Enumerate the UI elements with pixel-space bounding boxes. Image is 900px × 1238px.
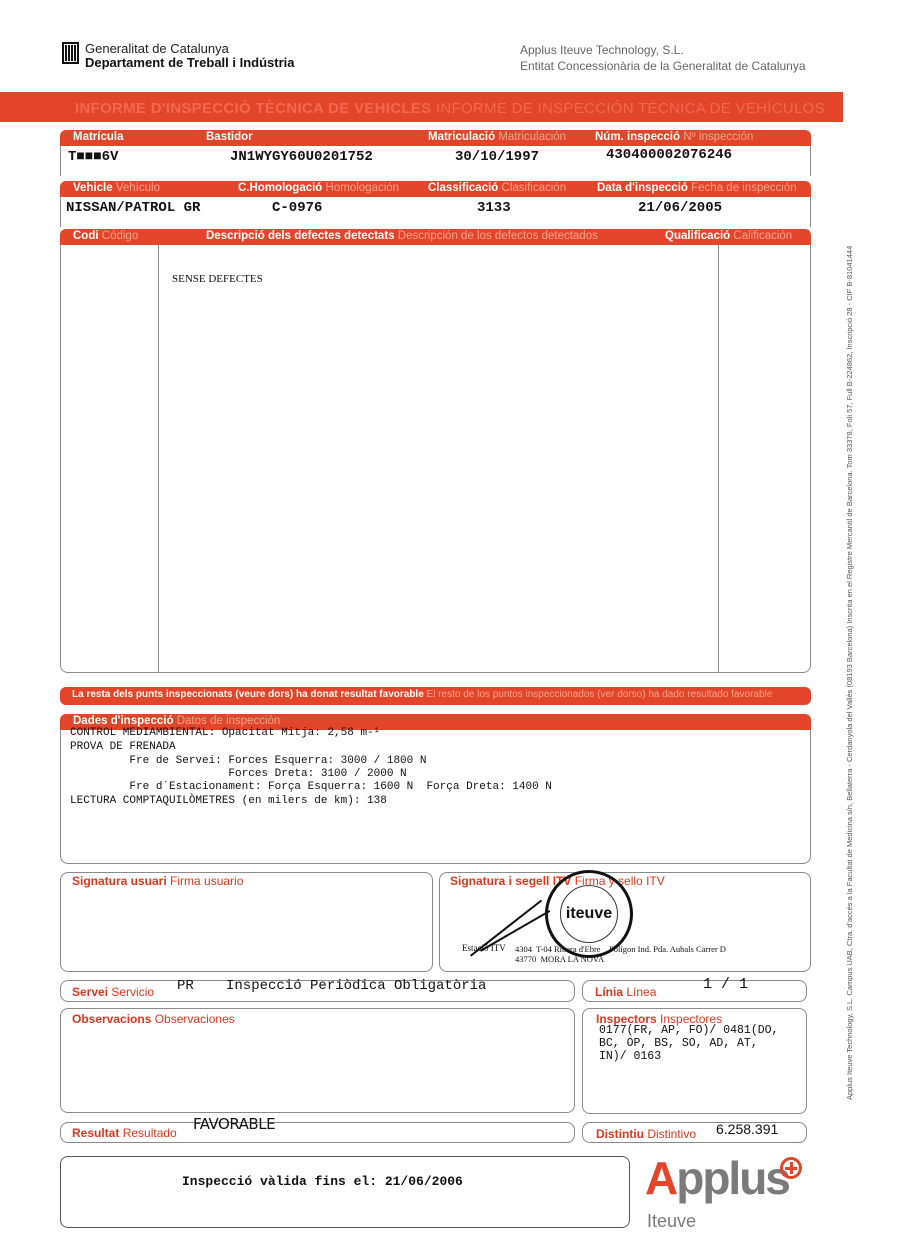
matriculacio-value: 30/10/1997 <box>455 149 539 165</box>
side-legal-text: Applus Iteuve Technology, S.L. Campus UA… <box>845 120 854 1100</box>
classificacio-value: 3133 <box>477 200 511 216</box>
distintiu-value: 6.258.391 <box>716 1121 778 1137</box>
linia-label: Línia Línea <box>595 985 656 999</box>
servei-code: PR <box>177 978 194 994</box>
matriculacio-label: Matriculació Matriculación <box>428 131 566 143</box>
validity-box <box>60 1156 630 1228</box>
stamp-logo: iteuve <box>560 885 618 943</box>
data-line: Fre de Servei: Forces Esquerra: 3000 / 1… <box>70 755 426 767</box>
data-line: LECTURA COMPTAQUILÒMETRES (en milers de … <box>70 795 387 807</box>
station-label: Estació ITV <box>462 943 506 953</box>
linia-value: 1 / 1 <box>703 976 748 993</box>
validity-text: Inspecció vàlida fins el: 21/06/2006 <box>182 1174 463 1189</box>
servei-value: Inspecció Periòdica Obligatòria <box>226 978 486 994</box>
data-line: CONTROL MEDIAMBIENTAL: Opacitat Mitja: 2… <box>70 727 380 739</box>
bastidor-label: Bastidor <box>206 131 253 143</box>
user-signature-label: Signatura usuari Firma usuario <box>72 874 243 888</box>
inspection-data-label: Dades d'inspecció Datos de inspección <box>73 715 280 727</box>
servei-label: Servei Servicio <box>72 985 154 999</box>
data-line: Forces Dreta: 3100 / 2000 N <box>70 768 407 780</box>
company-subtitle: Entitat Concessionària de la Generalitat… <box>520 59 806 73</box>
num-inspeccio-value: 430400002076246 <box>606 147 732 163</box>
resultat-value: FAVORABLE <box>193 1115 275 1133</box>
company-name: Applus Iteuve Technology, S.L. <box>520 43 684 57</box>
applus-sub: Iteuve <box>647 1211 696 1232</box>
matricula-value: T■■■6V <box>68 149 118 165</box>
station-address-line2: 43770 MORA LA NOVA <box>515 954 604 964</box>
codi-column-divider <box>158 245 159 673</box>
vehicle-value: NISSAN/PATROL GR <box>66 200 200 216</box>
bastidor-value: JN1WYGY60U0201752 <box>230 149 373 165</box>
applus-logo-rest: pplus <box>676 1152 789 1204</box>
data-line: PROVA DE FRENADA <box>70 741 176 753</box>
qualificacio-label: Qualificació Calificación <box>665 230 792 242</box>
data-inspeccio-label: Data d'inspecció Fecha de inspección <box>597 182 797 194</box>
defect-entry: SENSE DEFECTES <box>172 273 263 285</box>
vehicle-label: Vehicle Vehículo <box>73 182 160 194</box>
inspectors-line: IN)/ 0163 <box>599 1050 661 1063</box>
applus-logo: Applus <box>645 1155 789 1201</box>
plus-circle-icon <box>780 1157 802 1179</box>
inspectors-line: 0177(FR, AP, FO)/ 0481(DO, <box>599 1024 778 1037</box>
codi-label: Codi Código <box>73 230 138 242</box>
distintiu-label: Distintiu Distintivo <box>596 1127 696 1141</box>
qualificacio-column-divider <box>718 245 719 673</box>
descripcio-label: Descripció dels defectes detectats Descr… <box>206 230 598 242</box>
station-address-line1: 4304 T-04 Ribera d'Ebre Polígon Ind. Pda… <box>515 944 726 954</box>
document-title: INFORME D'INSPECCIÓ TÈCNICA DE VEHICLES … <box>75 100 825 117</box>
homologacio-label: C.Homologació Homologación <box>238 182 399 194</box>
observacions-label: Observacions Observaciones <box>72 1012 235 1026</box>
matricula-label: Matrícula <box>73 131 124 143</box>
department-name: Departament de Treball i Indústria <box>85 55 295 70</box>
resultat-label: Resultat Resultado <box>72 1126 177 1140</box>
title-es: INFORME DE INSPECCIÓN TÉCNICA DE VEHÍCUL… <box>436 100 825 117</box>
inspectors-line: BC, OP, BS, SO, AD, AT, <box>599 1037 758 1050</box>
generalitat-logo-icon <box>62 42 79 64</box>
rest-notice-text: La resta dels punts inspeccionats (veure… <box>72 689 772 700</box>
title-ca: INFORME D'INSPECCIÓ TÈCNICA DE VEHICLES <box>75 100 431 117</box>
data-inspeccio-value: 21/06/2005 <box>638 200 722 216</box>
defects-box <box>60 245 811 673</box>
num-inspeccio-label: Núm. inspecció Nº inspección <box>595 131 753 143</box>
classificacio-label: Classificació Clasificación <box>428 182 566 194</box>
homologacio-value: C-0976 <box>272 200 322 216</box>
generalitat-name: Generalitat de Catalunya <box>85 41 229 56</box>
data-line: Fre d´Estacionament: Força Esquerra: 160… <box>70 781 552 793</box>
